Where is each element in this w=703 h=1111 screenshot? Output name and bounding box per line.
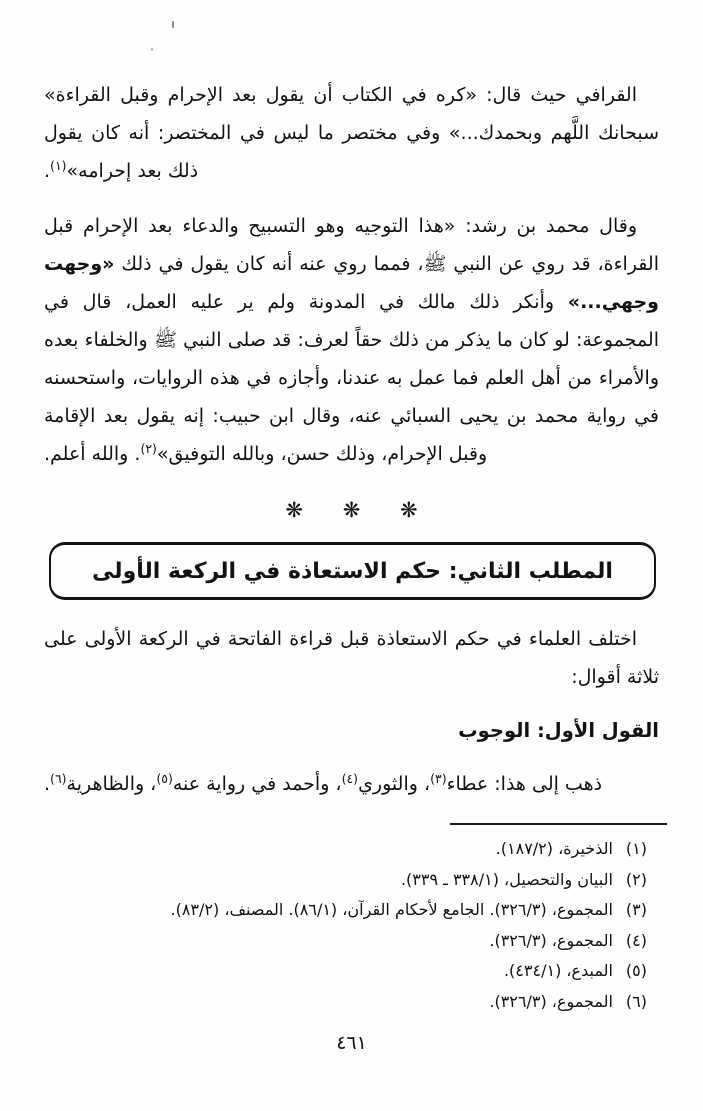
footnote-ref-5: (٥): [156, 771, 173, 786]
footnote-number: (٢): [626, 865, 647, 896]
footnote-item: (١) الذخيرة، (١٨٧/٢).: [44, 834, 647, 865]
footnote-number: (٦): [626, 987, 647, 1018]
footnote-ref-6: (٦): [50, 771, 67, 786]
footnote-number: (٤): [626, 926, 647, 957]
footnote-item: (٢) البيان والتحصيل، (⁦٣٣٨/١ ـ ٣٣٩⁩).: [44, 865, 647, 896]
footnote-item: (٦) المجموع، (٣٢٦/٣).: [44, 987, 647, 1018]
footnote-number: (٣): [626, 895, 647, 926]
paragraph-ibn-rushd-tail: . والله أعلم.: [44, 443, 140, 465]
footnote-text: المجموع، (٣٢٦/٣).: [489, 926, 613, 957]
footnote-text: المجموع، (٣٢٦/٣). الجامع لأحكام القرآن، …: [171, 895, 613, 926]
paragraph-ibn-rushd-quote: وقال محمد بن رشد: «هذا التوجيه وهو التسب…: [44, 207, 659, 473]
scan-speck: [172, 21, 174, 28]
paragraph-qarafi-text: القرافي حيث قال: «كره في الكتاب أن يقول …: [44, 84, 659, 182]
first-opinion-text-a: ذهب إلى هذا: عطاء: [447, 773, 602, 795]
first-opinion-text-d: ، والظاهرية: [67, 773, 157, 795]
footnote-item: (٤) المجموع، (٣٢٦/٣).: [44, 926, 647, 957]
footnote-item: (٣) المجموع، (٣٢٦/٣). الجامع لأحكام القر…: [44, 895, 647, 926]
section-divider-ornament: ❋ ❋ ❋: [44, 498, 659, 522]
footnote-text: المبدع، (٤٣٤/١).: [504, 956, 613, 987]
paragraph-first-opinion-holders: ذهب إلى هذا: عطاء(٣)، والثوري(٤)، وأحمد …: [44, 765, 659, 803]
first-opinion-text-c: ، وأحمد في رواية عنه: [173, 773, 342, 795]
paragraph-qarafi-quote: القرافي حيث قال: «كره في الكتاب أن يقول …: [44, 76, 659, 190]
footnote-item: (٥) المبدع، (٤٣٤/١).: [44, 956, 647, 987]
scan-speck: [151, 48, 153, 51]
section-heading-box: المطلب الثاني: حكم الاستعاذة في الركعة ا…: [49, 542, 656, 600]
footnote-number: (٥): [626, 956, 647, 987]
footnote-text: الذخيرة، (١٨٧/٢).: [496, 834, 613, 865]
footnote-number: (١): [626, 834, 647, 865]
section-heading-title: المطلب الثاني: حكم الاستعاذة في الركعة ا…: [92, 559, 613, 584]
footnote-ref-1: (١): [50, 158, 67, 173]
paragraph-ibn-rushd-text-b: وأنكر ذلك مالك في المدونة ولم ير عليه ال…: [44, 291, 659, 465]
book-page: القرافي حيث قال: «كره في الكتاب أن يقول …: [0, 0, 703, 1111]
footnote-ref-4: (٤): [342, 771, 359, 786]
page-number: ٤٦١: [44, 1032, 659, 1054]
footnotes-section: (١) الذخيرة، (١٨٧/٢). (٢) البيان والتحصي…: [44, 834, 659, 1017]
first-opinion-text-b: ، والثوري: [358, 773, 430, 795]
footnote-separator-rule: [450, 823, 667, 825]
paragraph-ibn-rushd-text-a: وقال محمد بن رشد: «هذا التوجيه وهو التسب…: [44, 215, 659, 275]
footnote-ref-2: (٢): [140, 441, 157, 456]
footnote-text: المجموع، (٣٢٦/٣).: [489, 987, 613, 1018]
paragraph-scholars-differ: اختلف العلماء في حكم الاستعاذة قبل قراءة…: [44, 620, 659, 696]
footnote-ref-3: (٣): [430, 771, 447, 786]
first-opinion-subheading: القول الأول: الوجوب: [44, 712, 659, 750]
footnote-text: البيان والتحصيل، (⁦٣٣٨/١ ـ ٣٣٩⁩).: [401, 865, 613, 896]
